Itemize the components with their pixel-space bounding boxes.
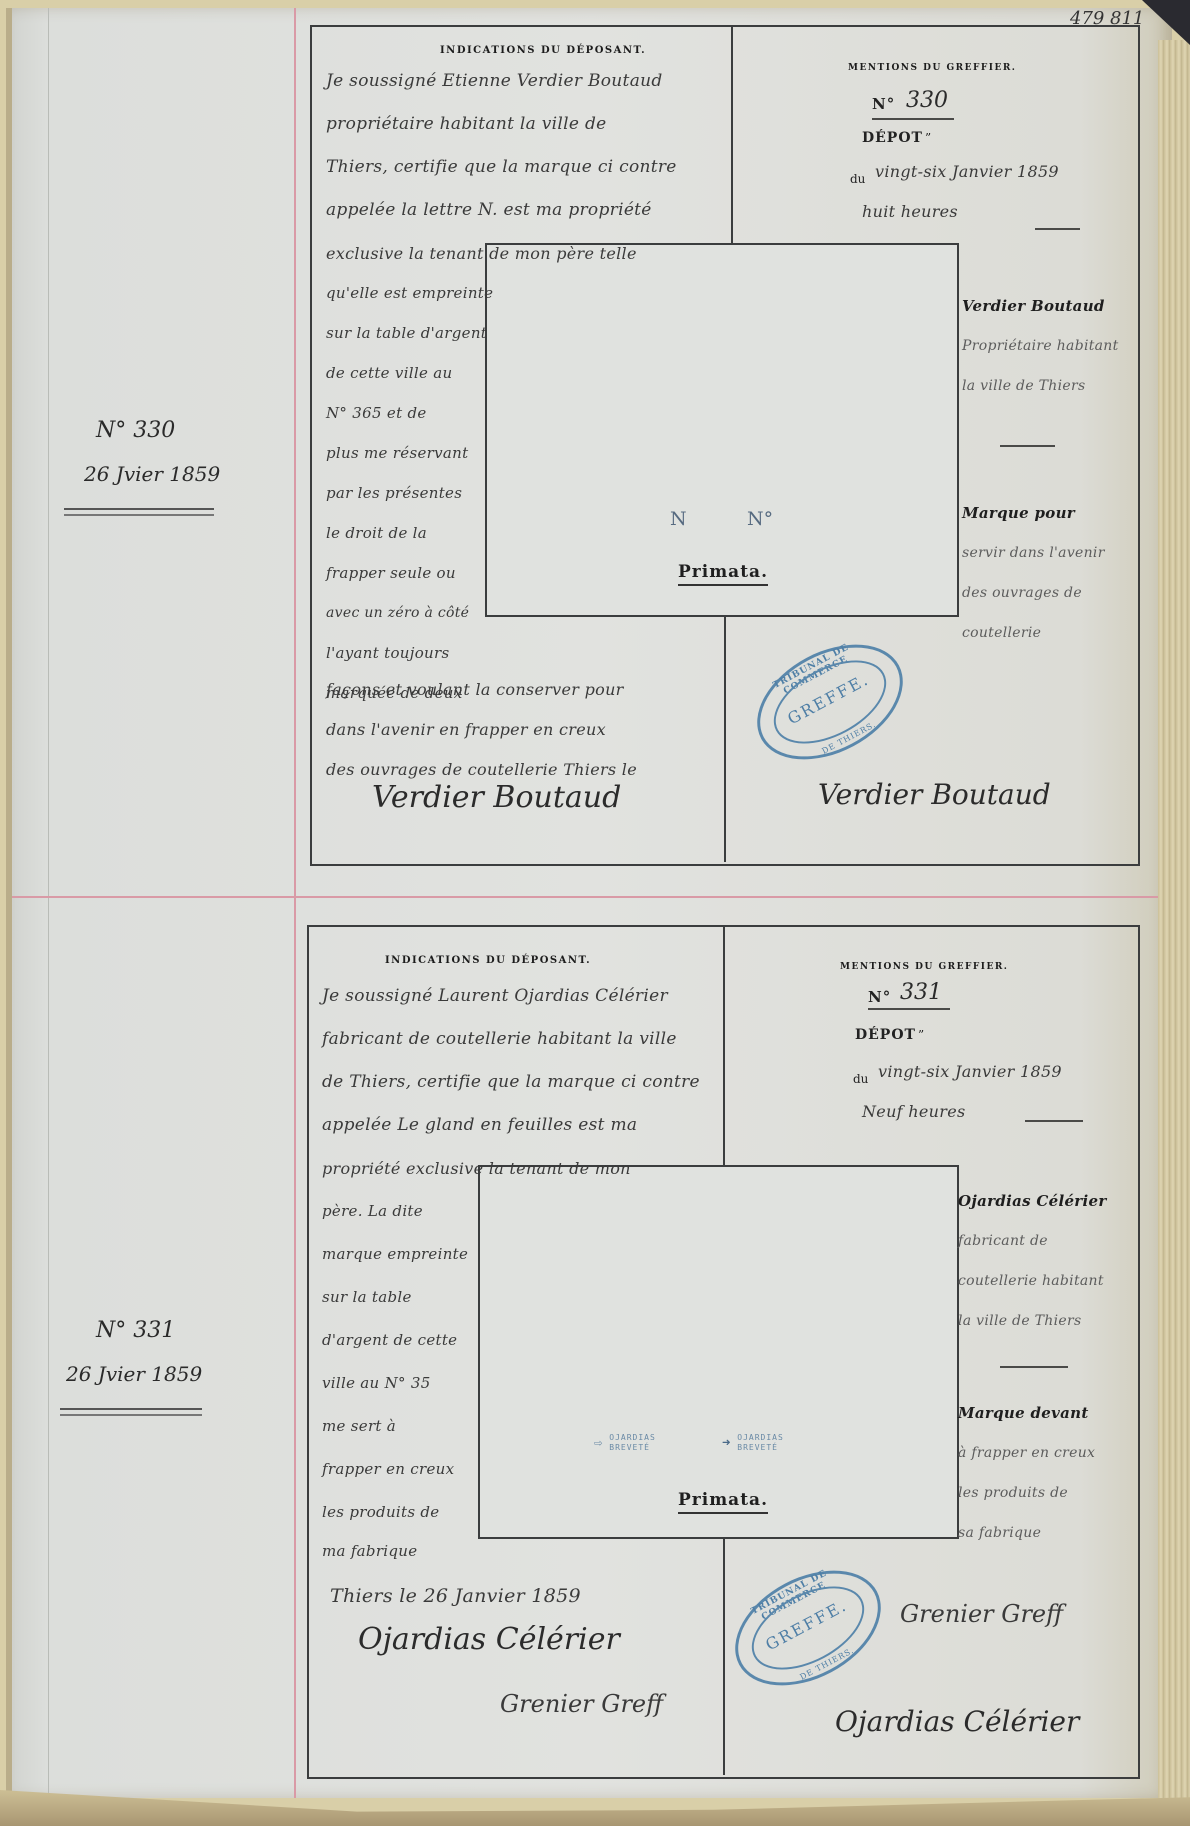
primata-label: Primata. bbox=[678, 562, 768, 586]
depot-hour: huit heures bbox=[862, 190, 958, 233]
declaration-line: ma fabrique bbox=[322, 1530, 417, 1573]
clerk-note-line: des ouvrages de bbox=[962, 572, 1082, 615]
declaration-line: Je soussigné Etienne Verdier Boutaud bbox=[326, 60, 663, 103]
declaration-line: marque empreinte bbox=[322, 1233, 468, 1276]
mark-ojardias-1: ⇨ OJARDIAS BREVETÉ bbox=[594, 1433, 667, 1453]
declaration-line: sur la table bbox=[322, 1276, 412, 1319]
declaration-line: plus me réservant bbox=[326, 432, 468, 475]
clerk-heading: MENTIONS DU GREFFIER. bbox=[848, 63, 1016, 73]
declaration-line: ville au N° 35 bbox=[322, 1362, 431, 1405]
book-page-edges bbox=[1158, 40, 1190, 1826]
mark-impression-box bbox=[478, 1165, 959, 1539]
declaration-line: fabricant de coutellerie habitant la vil… bbox=[322, 1018, 677, 1061]
declaration-line: Thiers le 26 Janvier 1859 bbox=[330, 1575, 581, 1618]
primata-label: Primata. bbox=[678, 1490, 768, 1514]
clerk-note-line: la ville de Thiers bbox=[958, 1300, 1081, 1343]
mark-letter-n: N bbox=[670, 508, 687, 530]
declaration-line: frapper en creux bbox=[322, 1448, 454, 1491]
declaration-line: sur la table d'argent bbox=[326, 312, 487, 355]
column-divider-top bbox=[731, 25, 733, 243]
depot-label: DÉPOT bbox=[862, 130, 923, 146]
mark-ojardias-2: ➜ OJARDIAS BREVETÉ bbox=[722, 1433, 799, 1453]
margin-entry-date: 26 Jvier 1859 bbox=[66, 1362, 202, 1386]
declaration-line: de Thiers, certifie que la marque ci con… bbox=[322, 1061, 700, 1104]
declaration-line: de cette ville au bbox=[326, 352, 452, 395]
declaration-line: propriété exclusive la tenant de mon bbox=[322, 1147, 631, 1190]
declaration-line: frapper seule ou bbox=[326, 552, 456, 595]
clerk-note-name: Verdier Boutaud bbox=[962, 285, 1105, 328]
declaration-line: le droit de la bbox=[326, 512, 427, 555]
declaration-line: d'argent de cette bbox=[322, 1319, 457, 1362]
declaration-line: propriétaire habitant la ville de bbox=[326, 103, 607, 146]
greffier-paraph-right: Grenier Greff bbox=[900, 1600, 1063, 1628]
depot-label: DÉPOT bbox=[855, 1027, 916, 1043]
hour-rule bbox=[1025, 1120, 1083, 1122]
declaration-line: dans l'avenir en frapper en creux bbox=[326, 708, 606, 751]
declaration-line: appelée la lettre N. est ma propriété bbox=[326, 189, 652, 232]
clerk-note-name: Ojardias Célérier bbox=[958, 1180, 1107, 1223]
margin-double-rule bbox=[60, 1408, 202, 1416]
declaration-line: père. La dite bbox=[322, 1190, 423, 1233]
mark-impression-box bbox=[485, 243, 959, 617]
depositor-heading: INDICATIONS DU DÉPOSANT. bbox=[385, 955, 591, 966]
clerk-heading: MENTIONS DU GREFFIER. bbox=[840, 962, 1008, 972]
depot-ditto: ” bbox=[918, 1028, 924, 1042]
declaration-line: Je soussigné Laurent Ojardias Célérier bbox=[322, 975, 668, 1018]
entry-number-prefix: N° bbox=[872, 95, 895, 113]
declaration-line: les produits de bbox=[322, 1491, 439, 1534]
margin-entry-date: 26 Jvier 1859 bbox=[84, 462, 220, 486]
margin-red-rule bbox=[294, 8, 296, 1798]
clerk-note-mark: Marque pour bbox=[962, 492, 1075, 535]
clerk-note-separator bbox=[1000, 1366, 1068, 1368]
declaration-line: qu'elle est empreinte bbox=[326, 272, 493, 315]
declaration-line: avec un zéro à côté bbox=[326, 592, 469, 635]
declaration-line: exclusive la tenant de mon père telle bbox=[326, 232, 637, 275]
depositor-heading: INDICATIONS DU DÉPOSANT. bbox=[440, 45, 646, 56]
declaration-line: Thiers, certifie que la marque ci contre bbox=[326, 146, 677, 189]
clerk-note-line: sa fabrique bbox=[958, 1512, 1041, 1555]
clerk-note-line: servir dans l'avenir bbox=[962, 532, 1105, 575]
entry-separator-red-rule bbox=[12, 896, 1172, 898]
clerk-note-mark: Marque devant bbox=[958, 1392, 1089, 1435]
du-label: du bbox=[850, 172, 865, 186]
clerk-note-separator bbox=[1000, 445, 1055, 447]
clerk-note-line: coutellerie bbox=[962, 612, 1041, 655]
declaration-line: façons et voulant la conserver pour bbox=[326, 668, 624, 711]
number-underline bbox=[868, 1008, 950, 1010]
mark-letter-no: N° bbox=[747, 508, 773, 530]
declaration-line: me sert à bbox=[322, 1405, 396, 1448]
depot-date: vingt-six Janvier 1859 bbox=[878, 1050, 1062, 1093]
entry-number-prefix: N° bbox=[868, 988, 891, 1006]
number-underline bbox=[872, 118, 954, 120]
clerk-entry-number: 331 bbox=[900, 980, 942, 1005]
mark-text: OJARDIAS BREVETÉ bbox=[609, 1433, 667, 1453]
depot-ditto: ” bbox=[925, 131, 931, 145]
column-divider-top bbox=[723, 925, 725, 1165]
declaration-line: par les présentes bbox=[326, 472, 462, 515]
depot-hour: Neuf heures bbox=[862, 1090, 966, 1133]
clerk-note-line: coutellerie habitant bbox=[958, 1260, 1104, 1303]
margin-entry-number: N° 330 bbox=[96, 418, 175, 443]
depositor-signature: Verdier Boutaud bbox=[372, 780, 621, 815]
clerk-note-line: Propriétaire habitant bbox=[962, 325, 1119, 368]
arrow-mark-icon: ⇨ bbox=[594, 1435, 603, 1451]
column-divider-bottom bbox=[724, 613, 726, 862]
clerk-signature: Verdier Boutaud bbox=[818, 778, 1051, 811]
depositor-signature: Ojardias Célérier bbox=[358, 1622, 620, 1657]
greffier-paraph-left: Grenier Greff bbox=[500, 1690, 663, 1718]
acorn-mark-icon: ➜ bbox=[722, 1435, 731, 1451]
margin-entry-number: N° 331 bbox=[96, 1318, 175, 1343]
du-label: du bbox=[853, 1072, 868, 1086]
left-margin-rule bbox=[48, 8, 49, 1798]
clerk-note-line: les produits de bbox=[958, 1472, 1068, 1515]
clerk-signature: Ojardias Célérier bbox=[835, 1705, 1079, 1738]
depot-date: vingt-six Janvier 1859 bbox=[875, 150, 1059, 193]
clerk-note-line: à frapper en creux bbox=[958, 1432, 1095, 1475]
mark-text: OJARDIAS BREVETÉ bbox=[737, 1433, 799, 1453]
margin-double-rule bbox=[64, 508, 214, 516]
clerk-note-line: la ville de Thiers bbox=[962, 365, 1085, 408]
declaration-line: appelée Le gland en feuilles est ma bbox=[322, 1104, 637, 1147]
clerk-entry-number: 330 bbox=[906, 88, 948, 113]
hour-rule bbox=[1035, 228, 1080, 230]
column-divider-bottom bbox=[723, 1535, 725, 1775]
declaration-line: N° 365 et de bbox=[326, 392, 427, 435]
clerk-note-line: fabricant de bbox=[958, 1220, 1048, 1263]
